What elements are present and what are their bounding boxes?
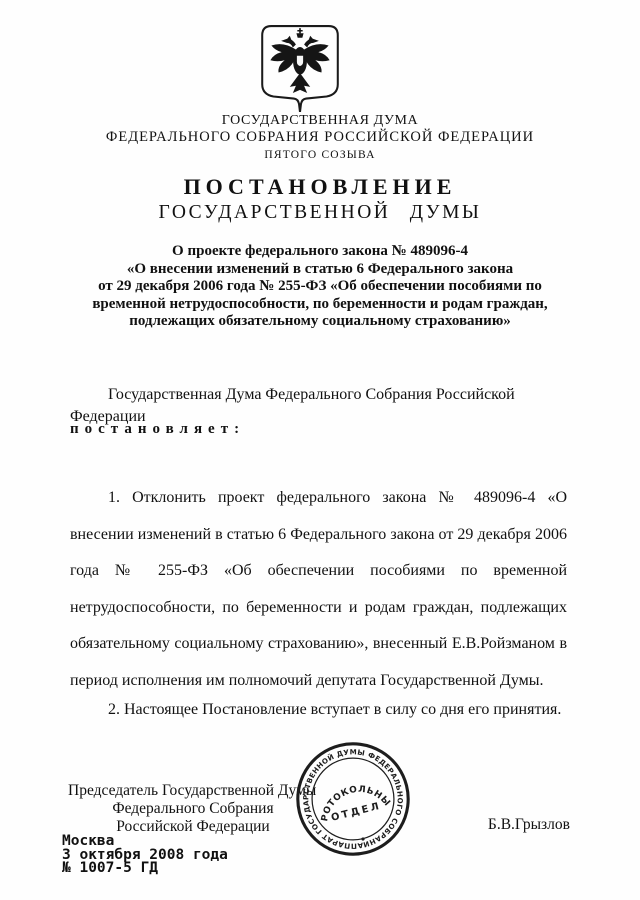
protocol-department-stamp: АППАРАТ ГОСУДАРСТВЕННОЙ ДУМЫ ФЕДЕРАЛЬНОГ…: [291, 737, 415, 861]
stamp-ring-text: АППАРАТ ГОСУДАРСТВЕННОЙ ДУМЫ ФЕДЕРАЛЬНОГ…: [291, 737, 415, 861]
document-title: ПОСТАНОВЛЕНИЕ: [0, 174, 640, 200]
signature-block: Председатель Государственной Думы Федера…: [68, 782, 318, 836]
footer-block: Москва 3 октября 2008 года № 1007-5 ГД: [62, 835, 228, 876]
double-headed-eagle-icon: [270, 28, 329, 93]
signer-name: Б.В.Грызлов: [488, 816, 570, 834]
document-page: ГОСУДАРСТВЕННАЯ ДУМА ФЕДЕРАЛЬНОГО СОБРАН…: [0, 0, 640, 900]
subject-line: от 29 декабря 2006 года № 255-ФЗ «Об обе…: [40, 278, 600, 296]
document-subtitle: ГОСУДАРСТВЕННОЙ ДУМЫ: [0, 202, 640, 224]
subject-line: временной нетрудоспособности, по беремен…: [40, 296, 600, 314]
signer-position-line2: Федерального Собрания: [68, 800, 318, 818]
paragraph-1: 1. Отклонить проект федерального закона …: [70, 480, 567, 700]
paragraph-2: 2. Настоящее Постановление вступает в си…: [70, 692, 567, 729]
org-name-line1: ГОСУДАРСТВЕННАЯ ДУМА: [0, 113, 640, 129]
signer-position-line1: Председатель Государственной Думы: [68, 782, 318, 800]
subject-line: подлежащих обязательному социальному стр…: [40, 313, 600, 331]
svg-text:АППАРАТ ГОСУДАРСТВЕННОЙ ДУМЫ Ф: АППАРАТ ГОСУДАРСТВЕННОЙ ДУМЫ ФЕДЕРАЛЬНОГ…: [291, 737, 415, 861]
subject-line: О проекте федерального закона № 489096-4: [40, 243, 600, 261]
org-name-line2: ФЕДЕРАЛЬНОГО СОБРАНИЯ РОССИЙСКОЙ ФЕДЕРАЦ…: [0, 129, 640, 146]
org-convocation: ПЯТОГО СОЗЫВА: [0, 149, 640, 161]
subject-block: О проекте федерального закона № 489096-4…: [40, 243, 600, 331]
subject-line: «О внесении изменений в статью 6 Федерал…: [40, 261, 600, 279]
coat-of-arms: [258, 23, 342, 119]
footer-number: № 1007-5 ГД: [62, 862, 228, 876]
resolves-line: постановляет:: [70, 421, 567, 438]
